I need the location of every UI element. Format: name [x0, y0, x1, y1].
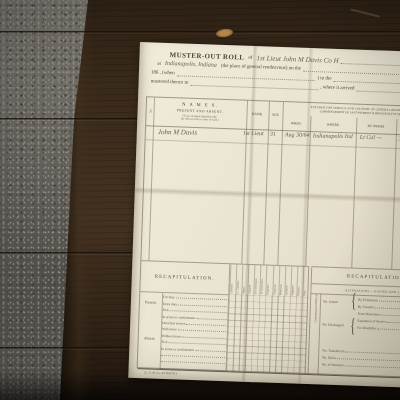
- entry-by-whom: Lt Col —: [360, 135, 382, 141]
- word-of: of: [248, 55, 252, 62]
- age-column-header: AGE.: [268, 113, 282, 117]
- muster-table: No. N A M E S. PRESENT AND ABSENT. (To b…: [137, 96, 400, 378]
- place-handwritten: Indianapolis, Indiana: [165, 61, 217, 70]
- line4-pre: mustered thence to: [150, 78, 188, 86]
- brace-glyph: {: [351, 293, 357, 311]
- recapitulation-left-table: RECAPITULATION. Colonels. Lt. Colonels. …: [138, 260, 310, 374]
- when-column-header: WHEN.: [282, 121, 310, 126]
- recap-left-count-grid: [226, 294, 309, 374]
- discharged-group-label: No. Discharged: [322, 324, 352, 329]
- blank-leader: [356, 91, 400, 96]
- line4-end: , where it arrived: [320, 84, 354, 92]
- line2-end: (the place of general rendezvous) on the: [221, 63, 301, 73]
- entry-age: 31: [270, 132, 276, 138]
- recap-right-body: Commissioned Officers. No. Joined { No. …: [309, 293, 400, 378]
- recap-left-rank-headers: Colonels. Lt. Colonels. Majors. Captains…: [228, 264, 309, 297]
- absent-group-label: Absent.: [139, 336, 161, 341]
- where-column-header: WHERE.: [310, 122, 356, 128]
- form-title: MUSTER-OUT ROLL: [169, 52, 244, 62]
- period-column-header: PERIOD.: [396, 125, 400, 131]
- brace-glyph: {: [350, 318, 356, 336]
- word-at: at: [157, 61, 161, 68]
- recap-right-bottom-rows: No. Transferred No. Died No. of Deserted: [321, 346, 400, 370]
- recapitulation-right-table: RECAPITULATION. ALTERATIONS.—GAINED AND …: [308, 266, 400, 379]
- muster-out-roll-document: MUSTER-OUT ROLL of 1st Lieut John M Davi…: [128, 42, 400, 389]
- entry-name: John M Davis: [158, 128, 197, 137]
- names-fine-print: (To be arranged alphabetically, the offi…: [153, 114, 246, 124]
- by-whom-column-header: BY WHOM.: [356, 124, 396, 129]
- present-group-label: Present.: [140, 300, 162, 305]
- entry-where: Indianapolis Ind: [313, 133, 353, 140]
- recap-right-side-label: Commissioned Officers.: [309, 293, 322, 374]
- unit-handwritten: 1st Lieut John M Davis Co H: [256, 55, 338, 65]
- wood-plank-seam: [0, 31, 400, 33]
- entry-when: Aug 30/64: [285, 132, 310, 138]
- recap-left-rows: Present. Absent. For duty Extra duty Sic…: [138, 291, 229, 372]
- joined-group-label: No. Joined: [323, 301, 353, 306]
- recap-right-rows: By Enlistment By Transfer From Desertion…: [356, 295, 400, 332]
- recap-left-row-labels: For duty Extra duty Sick In arrest or co…: [160, 293, 229, 372]
- entry-rank: 1st Lieut: [243, 131, 264, 137]
- rank-column-header: RANK.: [246, 112, 268, 117]
- line3-pre: 186 , (when: [151, 69, 175, 77]
- line3-mid: ) to the: [317, 75, 331, 82]
- printer-imprint: (L. S. & Co., 45 Wall St.): [144, 370, 177, 375]
- blank-leader: [190, 85, 318, 90]
- recap-left-title: RECAPITULATION.: [140, 261, 229, 294]
